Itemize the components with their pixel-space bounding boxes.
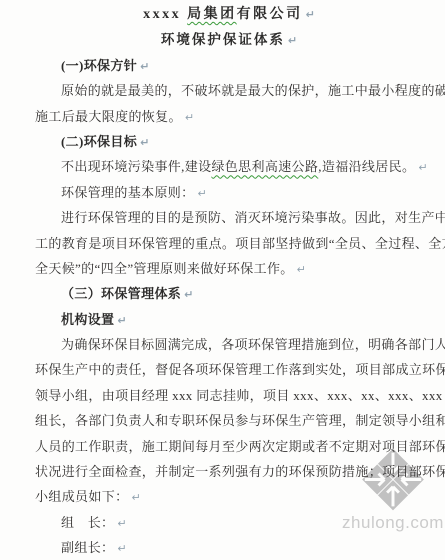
- text-run: 环境保护保证体系: [161, 32, 285, 47]
- doc-line: 施工后最大限度的恢复。↵: [35, 104, 423, 129]
- text-run: (二)环保目标: [61, 134, 137, 149]
- paragraph-mark-icon: ↵: [114, 314, 126, 327]
- document-body: xxxx 局集团有限公司↵环境保护保证体系↵(一)环保方针↵原始的就是最美的，不…: [0, 0, 445, 560]
- paragraph-mark-icon: ↵: [415, 161, 427, 174]
- doc-line: 环保生产中的责任，督促各项环保管理工作落到实处，项目部成立环保环保: [35, 357, 423, 382]
- doc-line: 全天候”的“四全”管理原则来做好环保工作。↵: [35, 256, 423, 281]
- doc-line: 组长，各部门负责人和专职环保员参与环保生产管理，制定领导小组和管理: [35, 408, 423, 433]
- doc-line: 小组成员如下：↵: [35, 484, 423, 509]
- doc-line: 机构设置↵: [35, 307, 423, 332]
- paragraph-mark-icon: ↵: [137, 136, 149, 149]
- text-run: 进行环保管理的目的是预防、消灭环境污染事故。因此，对生产中对员: [61, 210, 445, 225]
- text-run: 组长，各部门负责人和专职环保员参与环保生产管理，制定领导小组和管理: [35, 413, 445, 428]
- doc-line: 环境保护保证体系↵: [35, 27, 423, 52]
- doc-line: 原始的就是最美的，不破坏就是最大的保护，施工中最小程度的破坏，: [35, 78, 423, 103]
- doc-line: 为确保环保目标圆满完成，各项环保管理措施到位，明确各部门人员在: [35, 332, 423, 357]
- text-run: xxxx: [143, 7, 187, 22]
- text-run: （三）环保管理体系: [61, 286, 181, 301]
- doc-line: 不出现环境污染事件,建设绿色思利高速公路,造福沿线居民。↵: [35, 154, 423, 179]
- doc-line: 工的教育是项目环保管理的重点。项目部坚持做到“全员、全过程、全方位、: [35, 231, 423, 256]
- text-run: 领导小组，由项目经理 xxx 同志挂帅，项目 xxx、xxx、xx、xxx、xx…: [35, 388, 445, 403]
- text-run: 原始的就是最美的，不破坏就是最大的保护，施工中最小程度的破坏，: [61, 83, 445, 98]
- text-run: ,造福沿线居民。: [318, 159, 415, 174]
- paragraph-mark-icon: ↵: [285, 34, 297, 47]
- text-run: 环保管理的基本原则：: [61, 185, 195, 200]
- doc-line: 状况进行全面检查，并制定一系列强有力的环保预防措施；项目部环保领导: [35, 459, 423, 484]
- doc-line: 环保管理的基本原则：↵: [35, 180, 423, 205]
- paragraph-mark-icon: ↵: [114, 517, 126, 530]
- doc-line: (一)环保方针↵: [35, 53, 423, 78]
- text-run: (一)环保方针: [61, 58, 137, 73]
- text-run: 全天候”的“四全”管理原则来做好环保工作。: [35, 261, 294, 276]
- paragraph-mark-icon: ↵: [294, 263, 306, 276]
- text-run: 状况进行全面检查，并制定一系列强有力的环保预防措施；项目部环保领导: [35, 464, 445, 479]
- text-run: 人员的工作职责，施工期间每月至少两次定期或者不定期对项目部环保生产: [35, 439, 445, 454]
- text-run: 不出现环境污染事件,建设: [61, 159, 211, 174]
- text-run: 为确保环保目标圆满完成，各项环保管理措施到位，明确各部门人员在: [61, 337, 445, 352]
- paragraph-mark-icon: ↵: [181, 288, 193, 301]
- text-run: 有限公司: [237, 7, 303, 22]
- paragraph-mark-icon: ↵: [114, 542, 126, 555]
- doc-line: 副组长：↵: [35, 535, 423, 560]
- document-page: zhulong.com xxxx 局集团有限公司↵环境保护保证体系↵(一)环保方…: [0, 0, 445, 560]
- paragraph-mark-icon: ↵: [128, 491, 140, 504]
- text-run: 环保生产中的责任，督促各项环保管理工作落到实处，项目部成立环保环保: [35, 362, 445, 377]
- text-run: 小组成员如下：: [35, 489, 128, 504]
- doc-line: 领导小组，由项目经理 xxx 同志挂帅，项目 xxx、xxx、xx、xxx、xx…: [35, 383, 423, 408]
- spellcheck-underlined-text: 局集团: [187, 7, 237, 22]
- paragraph-mark-icon: ↵: [303, 8, 315, 21]
- doc-line: xxxx 局集团有限公司↵: [35, 2, 423, 27]
- spellcheck-underlined-text: 绿色思利高速公路: [211, 159, 318, 174]
- paragraph-mark-icon: ↵: [195, 187, 207, 200]
- text-run: 机构设置: [61, 312, 114, 327]
- doc-line: 进行环保管理的目的是预防、消灭环境污染事故。因此，对生产中对员: [35, 205, 423, 230]
- text-run: 组 长：: [61, 515, 114, 530]
- doc-line: 组 长：↵: [35, 510, 423, 535]
- doc-line: (二)环保目标↵: [35, 129, 423, 154]
- paragraph-mark-icon: ↵: [137, 60, 149, 73]
- paragraph-mark-icon: ↵: [182, 111, 194, 124]
- doc-line: 人员的工作职责，施工期间每月至少两次定期或者不定期对项目部环保生产: [35, 434, 423, 459]
- text-run: 施工后最大限度的恢复。: [35, 109, 182, 124]
- doc-line: （三）环保管理体系↵: [35, 281, 423, 306]
- text-run: 工的教育是项目环保管理的重点。项目部坚持做到“全员、全过程、全方位、: [35, 236, 445, 251]
- text-run: 副组长：: [61, 540, 114, 555]
